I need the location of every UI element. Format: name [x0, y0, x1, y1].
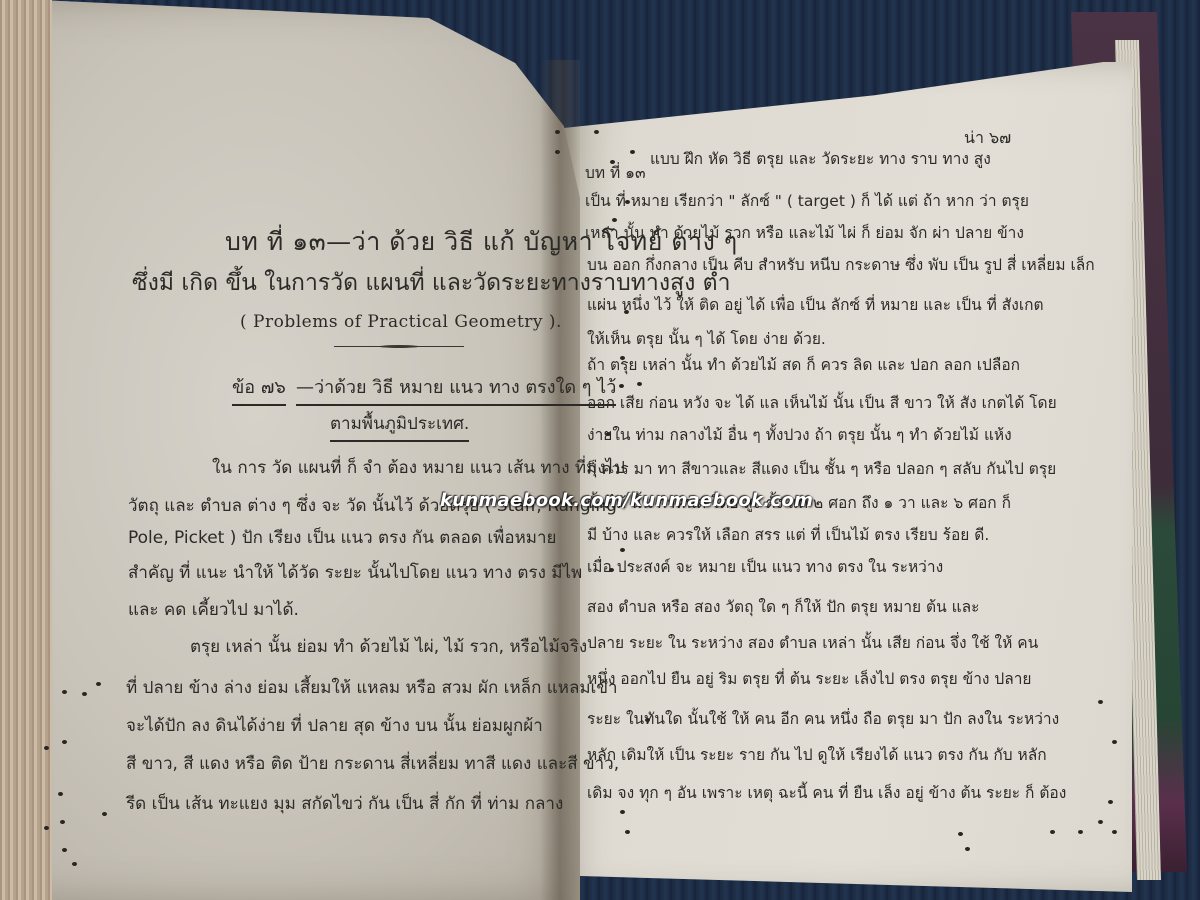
- body-line: และ คด เคี้ยวไป มาได้.: [128, 596, 299, 623]
- body-line: รีด เป็น เส้น ทะแยง มุม สกัดไขว่ กัน เป็…: [126, 790, 563, 817]
- body-line: แผ่น หนึ่ง ไว้ ให้ ติด อยู่ ได้ เพื่อ เป…: [587, 292, 1044, 317]
- body-line: สี ขาว, สี แดง หรือ ติด ป้าย กระดาน สี่เ…: [126, 750, 619, 777]
- section-heading: —ว่าด้วย วิธี หมาย แนว ทาง ตรงใด ๆ ไว้: [296, 372, 616, 406]
- body-line: สอง ตำบล หรือ สอง วัตถุ ใด ๆ ก็ให้ ปัก ต…: [587, 594, 979, 619]
- body-line: Pole, Picket ) ปัก เรียง เป็น แนว ตรง กั…: [128, 524, 557, 551]
- chapter-english-title: ( Problems of Practical Geometry ).: [240, 312, 562, 332]
- body-line: มี บ้าง และ ควรให้ เลือก สรร แต่ ที่ เป็…: [587, 522, 989, 547]
- body-line: ปลาย ระยะ ใน ระหว่าง สอง ตำบล เหล่า นั้น…: [587, 630, 1038, 655]
- body-line: เหล่า นั้น ทำ ด้วยไม้ รวก หรือ และไม้ ไผ…: [585, 220, 1024, 245]
- body-line: เดิม จง ทุก ๆ อัน เพราะ เหตุ ฉะนี้ คน ที…: [587, 780, 1066, 805]
- running-header-prefix: บท ที่ ๑๓: [585, 160, 646, 185]
- body-line: ใน การ วัด แผนที่ ก็ จำ ต้อง หมาย แนว เส…: [212, 454, 625, 481]
- section-number: ข้อ ๗๖: [232, 372, 286, 406]
- body-line: จะได้ปัก ลง ดินได้ง่าย ที่ ปลาย สุด ข้าง…: [126, 712, 543, 739]
- watermark-text: kunmaebook.com/kunmaebook.com: [440, 490, 813, 511]
- body-line: หนึ่ง ออกไป ยืน อยู่ ริม ตรุย ที่ ต้น ระ…: [587, 666, 1032, 691]
- body-line: ตรุย เหล่า นั้น ย่อม ทำ ด้วยไม้ ไผ่, ไม้…: [190, 633, 587, 660]
- section-heading-line2: ตามพื้นภูมิประเทศ.: [330, 410, 469, 442]
- body-line: เป็น ที่ หมาย เรียกว่า " ลักซ์ " ( targe…: [585, 188, 1029, 213]
- body-line: เมื่อ ประสงค์ จะ หมาย เป็น แนว ทาง ตรง ใ…: [587, 554, 943, 579]
- body-line: ออก เสีย ก่อน หวัง จะ ได้ แล เห็นไม้ นั้…: [587, 390, 1057, 415]
- body-line: บน ออก กึ่งกลาง เป็น คีบ สำหรับ หนีบ กระ…: [587, 252, 1095, 277]
- body-line: หลัก เดิมให้ เป็น ระยะ ราย กัน ไป ดูให้ …: [587, 742, 1047, 767]
- body-line: ให้เห็น ตรุย นั้น ๆ ได้ โดย ง่าย ด้วย.: [587, 326, 826, 351]
- running-header: แบบ ฝึก หัด วิธี ตรุย และ วัดระยะ ทาง รา…: [650, 146, 991, 171]
- page-stack-edge-left: [0, 0, 52, 900]
- body-line: ก็ ควร มา ทา สีขาวและ สีแดง เป็น ชั้น ๆ …: [587, 456, 1056, 481]
- body-line: ระยะ ในทันใด นั้นใช้ ให้ คน อีก คน หนึ่ง…: [587, 706, 1059, 731]
- body-line: ที่ ปลาย ข้าง ล่าง ย่อม เสี้ยมให้ แหลม ห…: [126, 674, 618, 701]
- body-line: ถ้า ตรุย เหล่า นั้น ทำ ด้วยไม้ สด ก็ ควร…: [587, 352, 1020, 377]
- ornament-divider: [334, 345, 464, 349]
- photo-scene: บท ที่ ๑๓—ว่า ด้วย วิธี แก้ บัญหา โจทย์ …: [0, 0, 1200, 900]
- page-number: น่า ๖๗: [964, 126, 1011, 151]
- body-line: สำคัญ ที่ แนะ นำให้ ได้วัด ระยะ นั้นไปโด…: [128, 559, 582, 586]
- body-line: ง่ายใน ท่าม กลางไม้ อื่น ๆ ทั้งปวง ถ้า ต…: [587, 422, 1012, 447]
